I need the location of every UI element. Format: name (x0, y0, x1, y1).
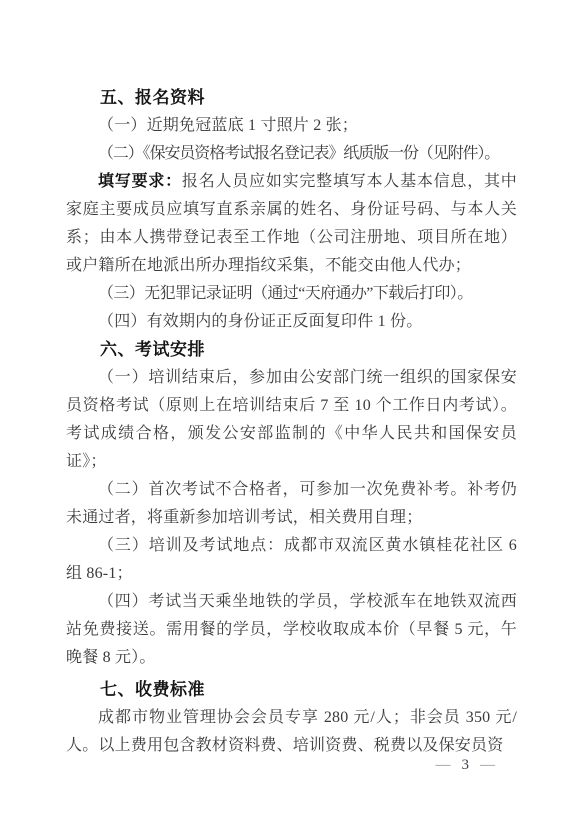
requirements-label: 填写要求： (98, 173, 182, 190)
registration-item-2: （二）《保安员资格考试报名登记表》纸质版一份（见附件）。 (66, 140, 517, 168)
page-number-dash-left: — (436, 757, 451, 773)
page-number-value: 3 (462, 757, 470, 773)
fee-paragraph: 成都市物业管理协会会员专享 280 元/人；非会员 350 元/人。以上费用包含… (66, 704, 517, 760)
section-heading-exam-arrangement: 六、考试安排 (66, 336, 517, 364)
exam-item-3: （三）培训及考试地点：成都市双流区黄水镇桂花社区 6 组 86-1； (66, 532, 517, 588)
page-number: —3— (66, 754, 495, 776)
exam-item-2: （二）首次考试不合格者，可参加一次免费补考。补考仍未通过者，将重新参加培训考试，… (66, 476, 517, 532)
registration-item-4: （四）有效期内的身份证正反面复印件 1 份。 (66, 308, 517, 336)
document-page: 五、报名资料 （一）近期免冠蓝底 1 寸照片 2 张； （二）《保安员资格考试报… (0, 0, 583, 815)
registration-item-1: （一）近期免冠蓝底 1 寸照片 2 张； (66, 112, 517, 140)
page-number-dash-right: — (480, 757, 495, 773)
exam-item-4: （四）考试当天乘坐地铁的学员，学校派车在地铁双流西站免费接送。需用餐的学员，学校… (66, 588, 517, 672)
section-heading-registration-materials: 五、报名资料 (66, 84, 517, 112)
requirements-paragraph: 填写要求：报名人员应如实完整填写本人基本信息，其中家庭主要成员应填写直系亲属的姓… (66, 168, 517, 280)
section-heading-fee-standard: 七、收费标准 (66, 676, 517, 704)
exam-item-1: （一）培训结束后，参加由公安部门统一组织的国家保安员资格考试（原则上在培训结束后… (66, 364, 517, 476)
registration-item-3: （三）无犯罪记录证明（通过“天府通办”下载后打印）。 (66, 280, 517, 308)
document-content: 五、报名资料 （一）近期免冠蓝底 1 寸照片 2 张； （二）《保安员资格考试报… (66, 84, 517, 760)
